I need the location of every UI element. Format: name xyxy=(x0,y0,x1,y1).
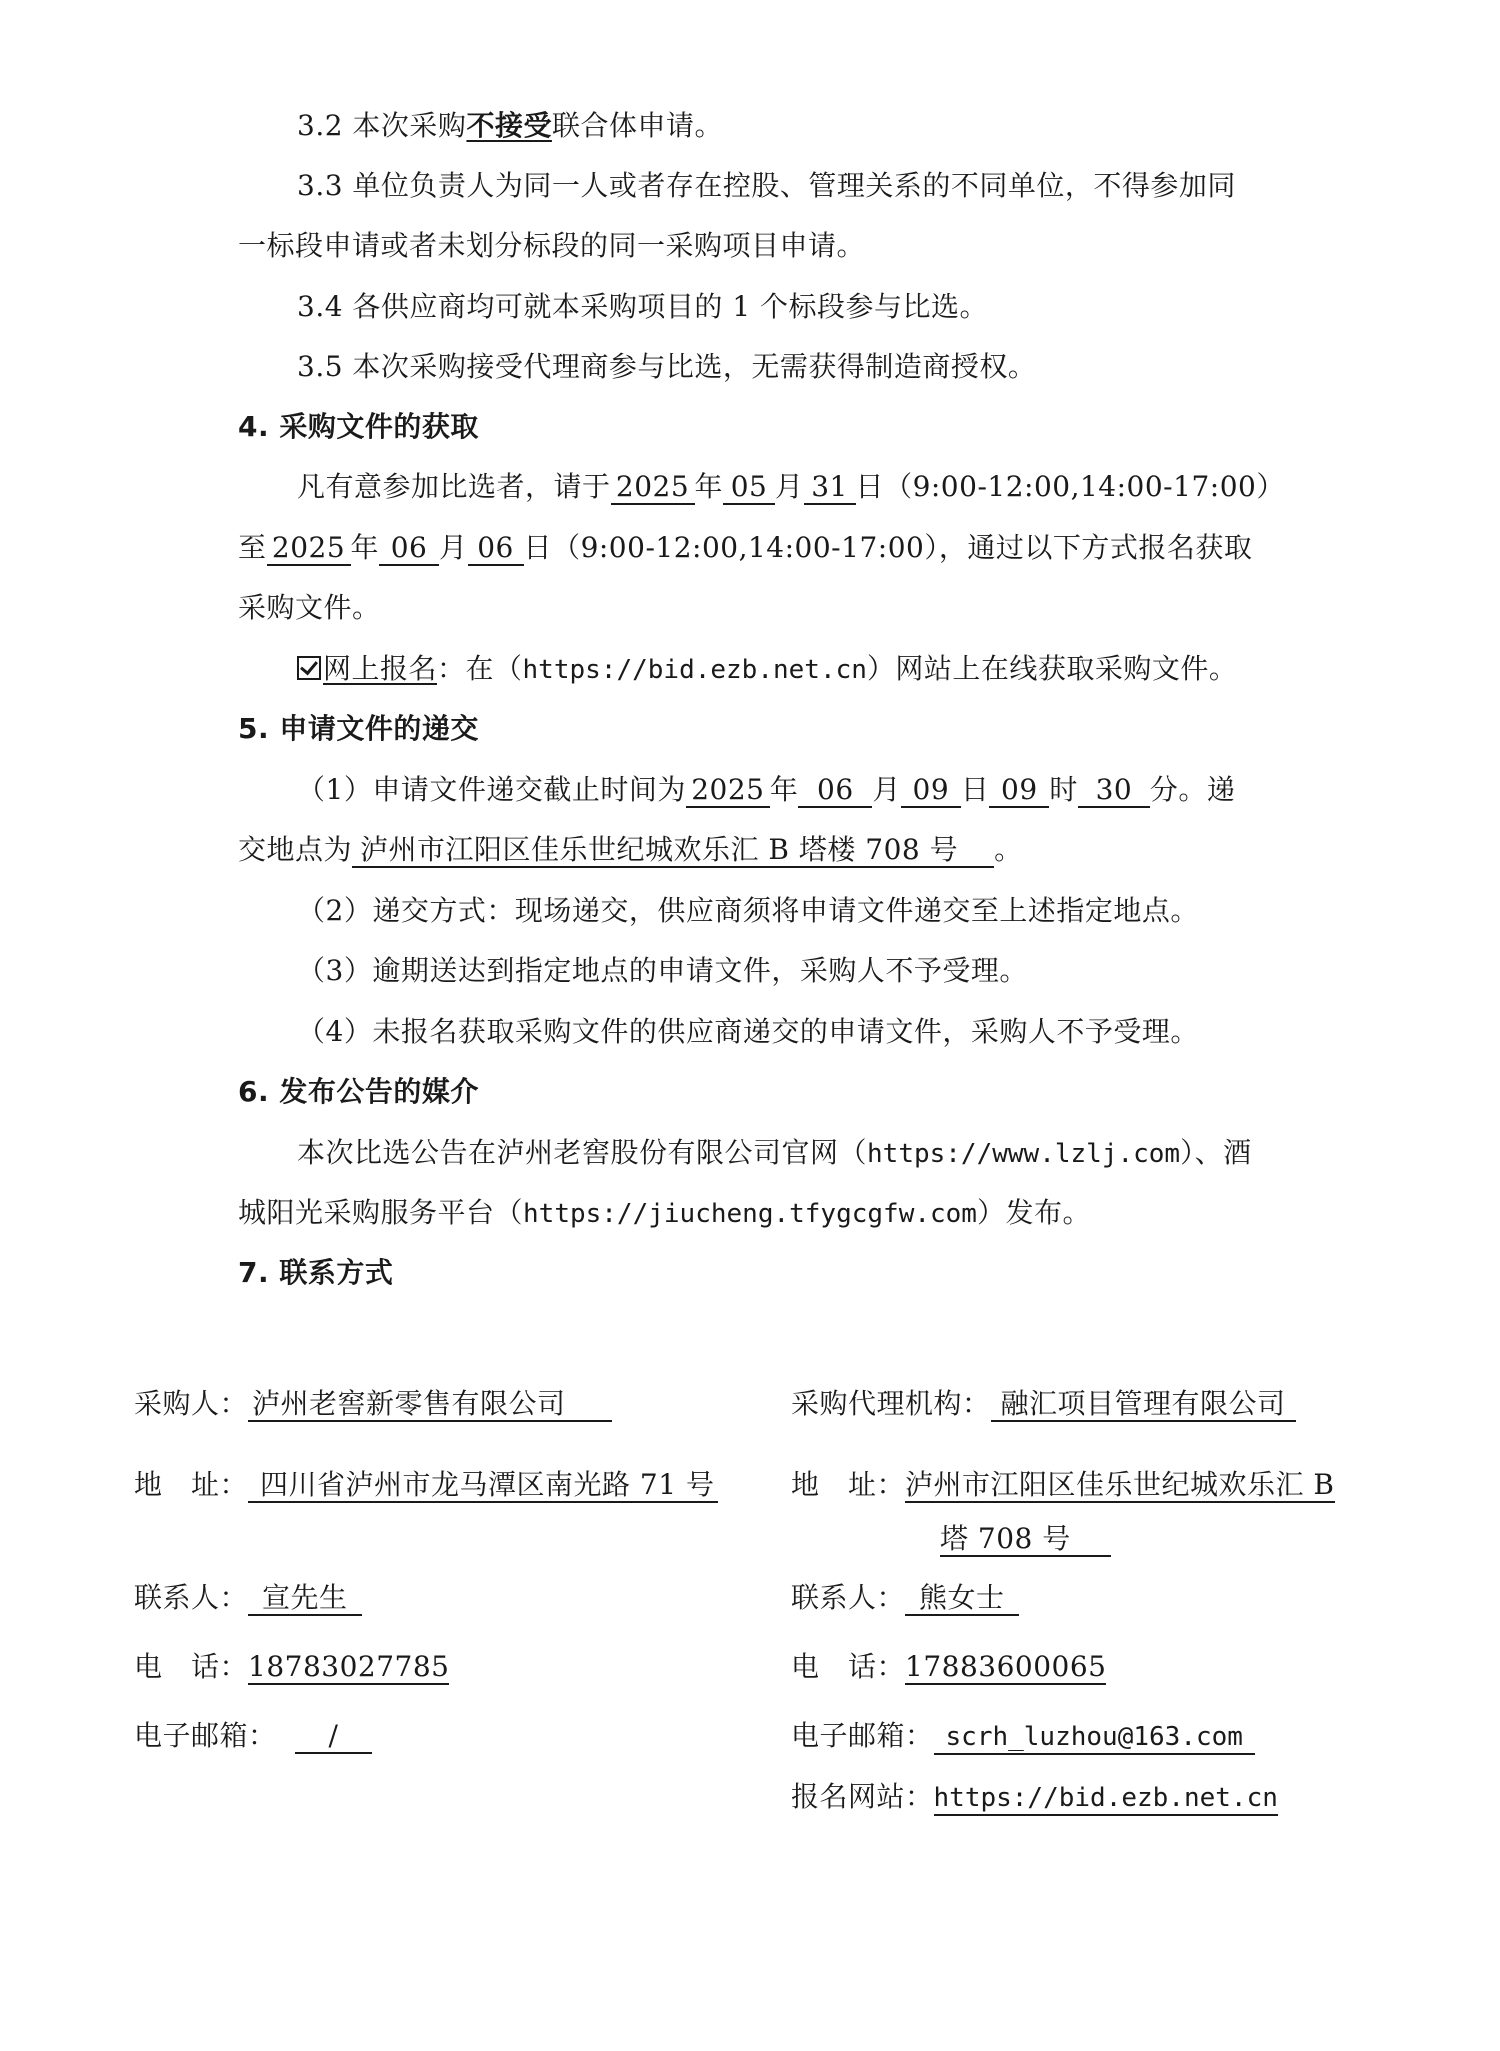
purchaser-address: 四川省泸州市龙马潭区南光路 71 号 xyxy=(248,1469,718,1503)
line2-post: ）发布。 xyxy=(977,1196,1091,1229)
agency-phone-label: 电 话： xyxy=(791,1650,905,1683)
hour-label: 时 xyxy=(1049,773,1078,806)
section-5-item1-line1: （1）申请文件递交截止时间为2025年06月09日09时30分。递 xyxy=(297,772,1235,808)
start-year: 2025 xyxy=(611,471,695,505)
online-registration-label: 网上报名 xyxy=(323,652,437,685)
section-6-line1: 本次比选公告在泸州老窖股份有限公司官网（https://www.lzlj.com… xyxy=(297,1135,1252,1172)
purchaser-contact: 宣先生 xyxy=(248,1582,362,1616)
item-3-2-prefix: 3.2 本次采购 xyxy=(297,109,466,142)
intro-text: 凡有意参加比选者，请于 xyxy=(297,470,611,503)
section-5-item4: （4）未报名获取采购文件的供应商递交的申请文件，采购人不予受理。 xyxy=(297,1014,1199,1050)
line1-pre: 本次比选公告在泸州老窖股份有限公司官网（ xyxy=(297,1136,867,1169)
purchaser-phone-row: 电 话：18783027785 xyxy=(134,1649,449,1685)
month-label: 月 xyxy=(872,773,901,806)
agency-contact-row: 联系人：熊女士 xyxy=(791,1580,1019,1616)
start-month: 05 xyxy=(723,471,775,505)
day-label: 日 xyxy=(524,531,553,564)
online-text-pre: ：在（ xyxy=(437,652,523,685)
purchaser-email-label: 电子邮箱： xyxy=(134,1719,277,1752)
agency-phone-row: 电 话：17883600065 xyxy=(791,1649,1106,1685)
section-5-item3: （3）逾期送达到指定地点的申请文件，采购人不予受理。 xyxy=(297,953,1028,989)
month-label: 月 xyxy=(775,470,804,503)
purchaser-phone-label: 电 话： xyxy=(134,1650,248,1683)
purchaser-address-row: 地 址：四川省泸州市龙马潭区南光路 71 号 xyxy=(134,1467,718,1503)
section-4-line1: 凡有意参加比选者，请于2025年05月31日（9:00-12:00,14:00-… xyxy=(297,469,1285,505)
online-registration-option[interactable]: 网上报名 xyxy=(297,652,437,685)
item-3-2: 3.2 本次采购不接受联合体申请。 xyxy=(297,108,723,144)
end-year: 2025 xyxy=(267,532,351,566)
agency-contact-label: 联系人： xyxy=(791,1581,905,1614)
agency-email-row: 电子邮箱：scrh_luzhou@163.com xyxy=(791,1718,1255,1755)
agency-name-label: 采购代理机构： xyxy=(791,1387,991,1420)
end-day: 06 xyxy=(468,532,524,566)
section-4-line2: 至2025年06月06日（9:00-12:00,14:00-17:00），通过以… xyxy=(238,530,1252,566)
online-text-post: ）网站上在线获取采购文件。 xyxy=(867,652,1238,685)
online-registration-line: 网上报名：在（https://bid.ezb.net.cn）网站上在线获取采购文… xyxy=(297,651,1237,688)
purchaser-phone: 18783027785 xyxy=(248,1651,449,1685)
item-3-2-suffix: 联合体申请。 xyxy=(552,109,723,142)
line2-pre: 城阳光采购服务平台（ xyxy=(238,1196,523,1229)
item1-prefix: （1）申请文件递交截止时间为 xyxy=(297,773,686,806)
line1-post: ）、酒 xyxy=(1180,1136,1252,1169)
item-3-3-line2: 一标段申请或者未划分标段的同一采购项目申请。 xyxy=(238,228,865,264)
section-4-line3: 采购文件。 xyxy=(238,590,381,626)
deadline-minute: 30 xyxy=(1078,774,1150,808)
agency-address-line2-row: 塔 708 号 xyxy=(940,1521,1111,1557)
purchaser-contact-label: 联系人： xyxy=(134,1581,248,1614)
purchaser-name-row: 采购人：泸州老窖新零售有限公司 xyxy=(134,1386,612,1422)
year-label: 年 xyxy=(351,531,380,564)
month-label: 月 xyxy=(439,531,468,564)
purchaser-name-label: 采购人： xyxy=(134,1387,248,1420)
deadline-day: 09 xyxy=(901,774,961,808)
jiucheng-platform-link[interactable]: https://jiucheng.tfygcgfw.com xyxy=(523,1199,977,1229)
agency-email-label: 电子邮箱： xyxy=(791,1719,934,1752)
section-4-heading: 4. 采购文件的获取 xyxy=(238,409,479,445)
not-accepted-emphasis: 不接受 xyxy=(466,109,552,142)
location-prefix: 交地点为 xyxy=(238,833,352,866)
checked-checkbox-icon[interactable] xyxy=(297,656,321,680)
deadline-year: 2025 xyxy=(686,774,770,808)
purchaser-address-label: 地 址： xyxy=(134,1468,248,1501)
section-5-heading: 5. 申请文件的递交 xyxy=(238,711,479,747)
purchaser-contact-row: 联系人：宣先生 xyxy=(134,1580,362,1616)
agency-address-line2: 塔 708 号 xyxy=(940,1523,1111,1557)
agency-contact: 熊女士 xyxy=(905,1582,1019,1616)
minute-label: 分。递 xyxy=(1150,773,1236,806)
section-6-heading: 6. 发布公告的媒介 xyxy=(238,1074,479,1110)
section-6-line2: 城阳光采购服务平台（https://jiucheng.tfygcgfw.com）… xyxy=(238,1195,1091,1232)
day-label: 日 xyxy=(961,773,990,806)
agency-website-label: 报名网站： xyxy=(791,1780,934,1813)
registration-url-link[interactable]: https://bid.ezb.net.cn xyxy=(523,655,867,685)
deadline-hour: 09 xyxy=(989,774,1049,808)
end-month: 06 xyxy=(379,532,439,566)
agency-website-row: 报名网站：https://bid.ezb.net.cn xyxy=(791,1779,1278,1816)
agency-address-row: 地 址：泸州市江阳区佳乐世纪城欢乐汇 B xyxy=(791,1467,1335,1503)
day-label: 日 xyxy=(856,470,885,503)
item-3-3-line1: 3.3 单位负责人为同一人或者存在控股、管理关系的不同单位，不得参加同 xyxy=(297,168,1236,204)
deadline-month: 06 xyxy=(798,774,872,808)
to-label: 至 xyxy=(238,531,267,564)
lzlj-website-link[interactable]: https://www.lzlj.com xyxy=(867,1139,1180,1169)
agency-website-link[interactable]: https://bid.ezb.net.cn xyxy=(934,1782,1278,1816)
agency-name-row: 采购代理机构：融汇项目管理有限公司 xyxy=(791,1386,1296,1422)
item-3-4: 3.4 各供应商均可就本采购项目的 1 个标段参与比选。 xyxy=(297,289,988,325)
start-day: 31 xyxy=(804,471,856,505)
year-label: 年 xyxy=(770,773,799,806)
purchaser-email: / xyxy=(295,1720,373,1754)
agency-phone: 17883600065 xyxy=(905,1651,1106,1685)
item-3-5: 3.5 本次采购接受代理商参与比选，无需获得制造商授权。 xyxy=(297,349,1036,385)
section-5-item1-line2: 交地点为泸州市江阳区佳乐世纪城欢乐汇 B 塔楼 708 号。 xyxy=(238,832,1023,868)
location-suffix: 。 xyxy=(994,833,1023,866)
agency-address-label: 地 址： xyxy=(791,1468,905,1501)
section-7-heading: 7. 联系方式 xyxy=(238,1255,393,1291)
agency-name: 融汇项目管理有限公司 xyxy=(991,1388,1296,1422)
section-5-item2: （2）递交方式：现场递交，供应商须将申请文件递交至上述指定地点。 xyxy=(297,893,1199,929)
purchaser-email-row: 电子邮箱：/ xyxy=(134,1718,372,1754)
year-label: 年 xyxy=(695,470,724,503)
purchaser-name: 泸州老窖新零售有限公司 xyxy=(248,1388,612,1422)
hours-end-text: （9:00-12:00,14:00-17:00），通过以下方式报名获取 xyxy=(552,531,1252,564)
agency-address-line1: 泸州市江阳区佳乐世纪城欢乐汇 B xyxy=(905,1469,1334,1503)
submission-location: 泸州市江阳区佳乐世纪城欢乐汇 B 塔楼 708 号 xyxy=(352,834,994,868)
hours-text: （9:00-12:00,14:00-17:00） xyxy=(884,470,1285,503)
agency-email-link[interactable]: scrh_luzhou@163.com xyxy=(934,1721,1255,1755)
